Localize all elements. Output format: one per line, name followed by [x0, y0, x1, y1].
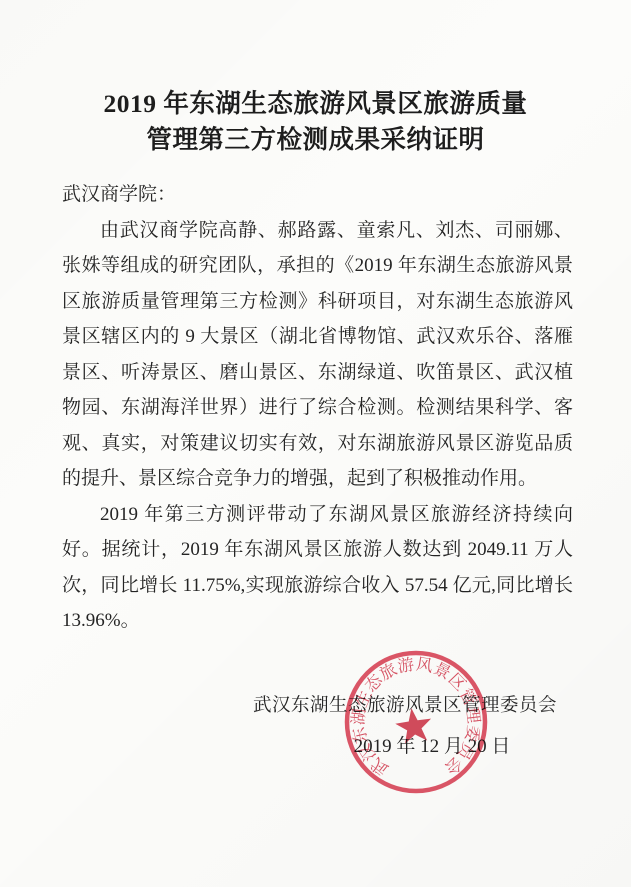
star-icon: [393, 706, 434, 745]
document-page: 2019 年东湖生态旅游风景区旅游质量 管理第三方检测成果采纳证明 武汉商学院：…: [0, 0, 631, 887]
official-seal: 武汉东湖生态旅游风景区管理委员会: [331, 634, 501, 810]
document-title: 2019 年东湖生态旅游风景区旅游质量 管理第三方检测成果采纳证明: [0, 86, 631, 158]
document-title-line2: 管理第三方检测成果采纳证明: [0, 122, 631, 158]
body-paragraph-2: 2019 年第三方测评带动了东湖风景区旅游经济持续向好。据统计，2019 年东湖…: [62, 497, 573, 639]
body-paragraph-1: 由武汉商学院高静、郝路露、童索凡、刘杰、司丽娜、张姝等组成的研究团队，承担的《2…: [62, 213, 573, 497]
salutation: 武汉商学院：: [62, 177, 573, 213]
document-body: 武汉商学院： 由武汉商学院高静、郝路露、童索凡、刘杰、司丽娜、张姝等组成的研究团…: [62, 177, 573, 639]
document-title-line1: 2019 年东湖生态旅游风景区旅游质量: [0, 86, 631, 122]
